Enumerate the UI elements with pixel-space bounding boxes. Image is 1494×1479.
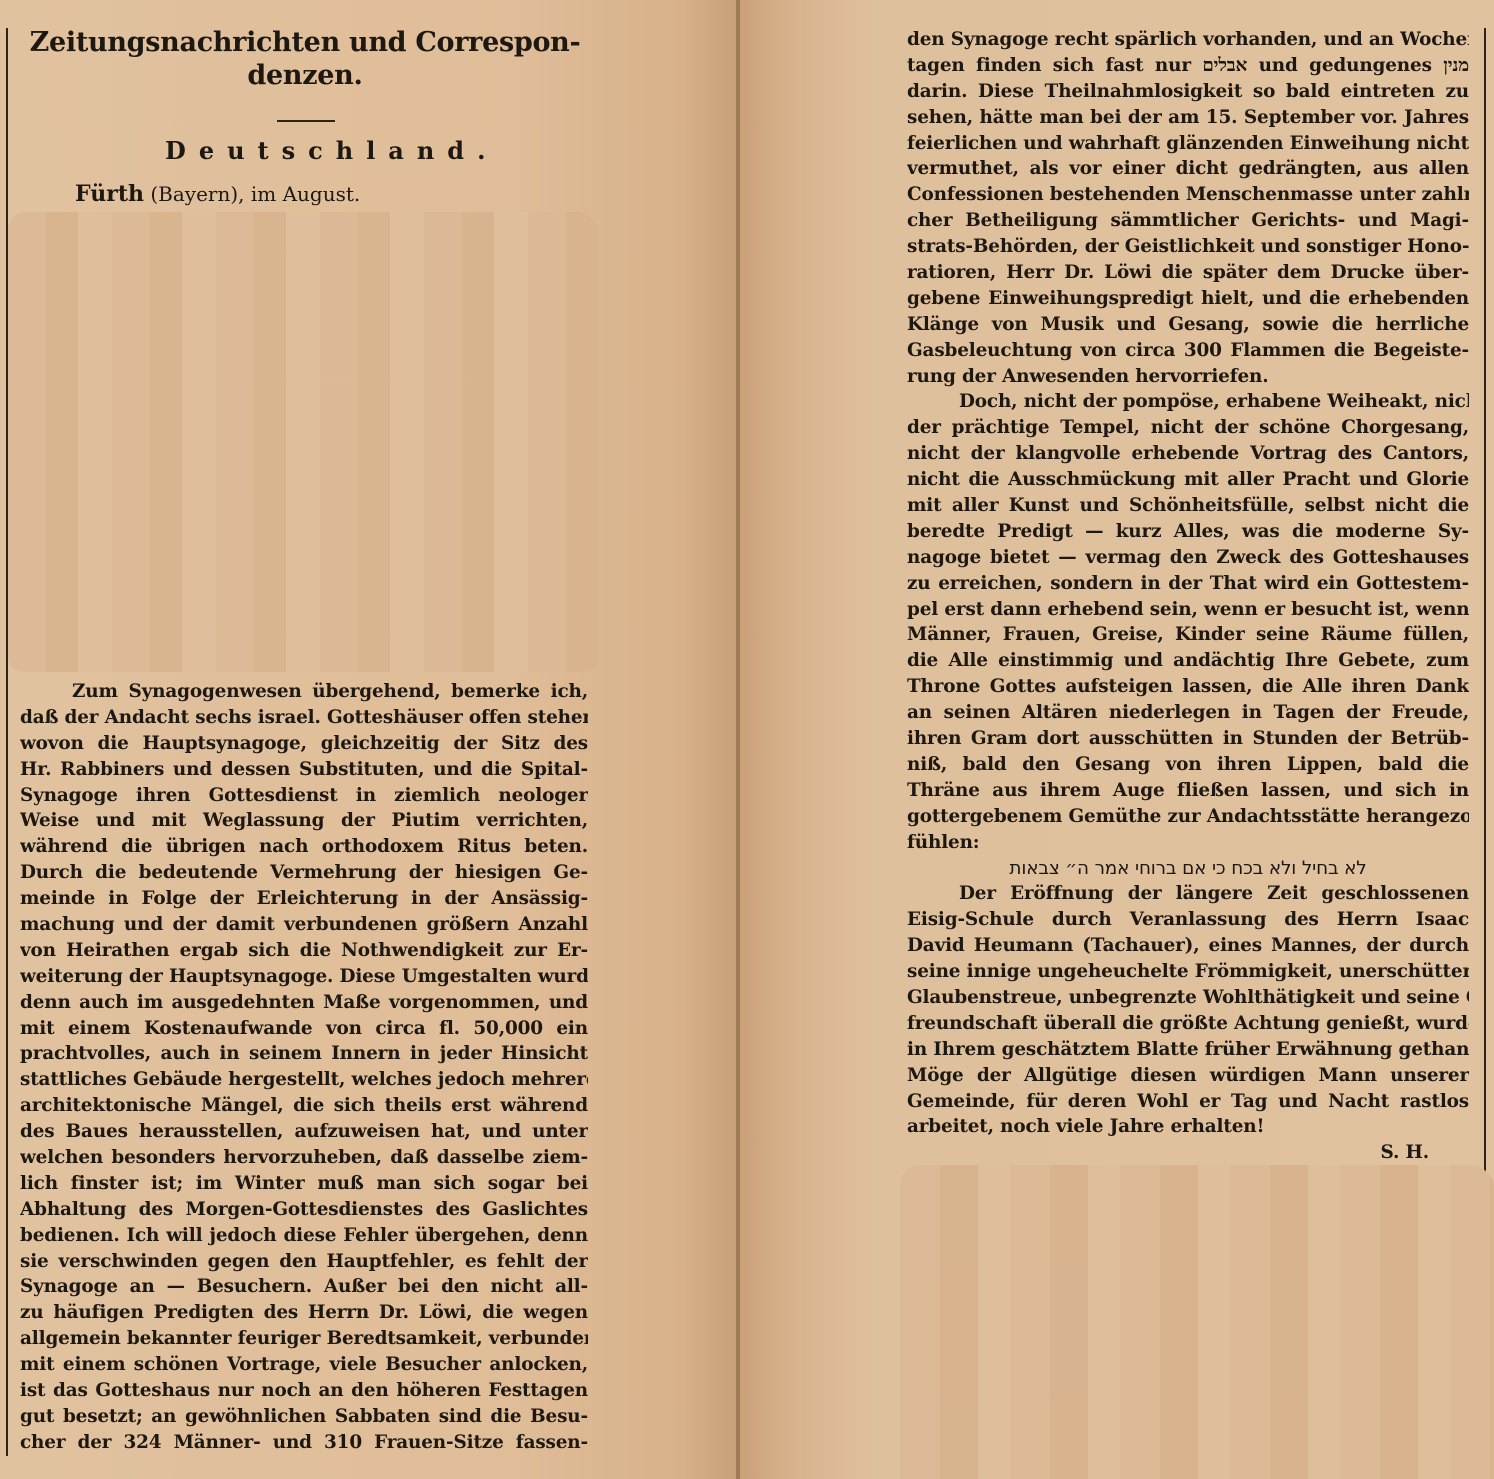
text-line: pel erst dann erhebend sein, wenn er bes…: [907, 597, 1469, 623]
text-line: vermuthet, als vor einer dicht gedrängte…: [907, 156, 1469, 182]
text-line: feierlichen und wahrhaft glänzenden Einw…: [907, 131, 1469, 157]
text-line: ihren Gram dort ausschütten in Stunden d…: [907, 726, 1469, 752]
text-line: tagen finden sich fast nur אבלים und ged…: [907, 53, 1469, 79]
section-heading: Zeitungsnachrichten und Correspon- denze…: [20, 26, 590, 92]
text-line: nagoge bietet — vermag den Zweck des Got…: [907, 545, 1469, 571]
text-line: Hr. Rabbiners und dessen Substituten, un…: [20, 757, 588, 783]
text-line: fühlen:: [907, 830, 1469, 856]
text-line: des Baues herausstellen, aufzuweisen hat…: [20, 1119, 588, 1145]
book-gutter: [736, 0, 740, 1479]
text-line: in Ihrem geschätztem Blatte früher Erwäh…: [907, 1037, 1469, 1063]
right-article-body: den Synagoge recht spärlich vorhanden, u…: [907, 27, 1469, 1166]
text-line: strats-Behörden, der Geistlichkeit und s…: [907, 234, 1469, 260]
text-line: sie verschwinden gegen den Hauptfehler, …: [20, 1249, 588, 1275]
text-line: von Heirathen ergab sich die Nothwendigk…: [20, 938, 588, 964]
text-line: Gasbeleuchtung von circa 300 Flammen die…: [907, 338, 1469, 364]
text-line: ist das Gotteshaus nur noch an den höher…: [20, 1378, 588, 1404]
text-line: Männer, Frauen, Greise, Kinder seine Räu…: [907, 622, 1469, 648]
text-line: prachtvolles, auch in seinem Innern in j…: [20, 1041, 588, 1067]
text-line: der prächtige Tempel, nicht der schöne C…: [907, 415, 1469, 441]
text-line: Synagoge ihren Gottesdienst in ziemlich …: [20, 783, 588, 809]
text-line: Durch die bedeutende Vermehrung der hies…: [20, 860, 588, 886]
dateline: Fürth (Bayern), im August.: [75, 181, 360, 207]
text-line: meinde in Folge der Erleichterung in der…: [20, 886, 588, 912]
text-line: arbeitet, noch viele Jahre erhalten!: [907, 1114, 1469, 1140]
text-line: cher Betheiligung sämmtlicher Gerichts- …: [907, 208, 1469, 234]
text-line: Der Eröffnung der längere Zeit geschloss…: [907, 881, 1469, 907]
text-line: denn auch im ausgedehnten Maße vorgenomm…: [20, 990, 588, 1016]
text-line: lich finster ist; im Winter muß man sich…: [20, 1171, 588, 1197]
left-article-body: Zum Synagogenwesen übergehend, bemerke i…: [20, 679, 588, 1456]
text-line: gebene Einweihungspredigt hielt, und die…: [907, 286, 1469, 312]
blank-paper-region-left: [8, 212, 598, 672]
text-line: rung der Anwesenden hervorriefen.: [907, 364, 1469, 390]
dateline-rest: (Bayern), im August.: [150, 182, 360, 206]
text-line: weiterung der Hauptsynagoge. Diese Umges…: [20, 964, 588, 990]
text-line: wovon die Hauptsynagoge, gleichzeitig de…: [20, 731, 588, 757]
text-line: Confessionen bestehenden Menschenmasse u…: [907, 182, 1469, 208]
text-line: welchen besonders hervorzuheben, daß das…: [20, 1145, 588, 1171]
text-line: Eisig-Schule durch Veranlassung des Herr…: [907, 907, 1469, 933]
text-line: gut besetzt; an gewöhnlichen Sabbaten si…: [20, 1404, 588, 1430]
text-line: mit einem schönen Vortrage, viele Besuch…: [20, 1352, 588, 1378]
section-heading-line-1: Zeitungsnachrichten und Correspon-: [20, 26, 590, 59]
text-line: architektonische Mängel, die sich theils…: [20, 1093, 588, 1119]
text-line: den Synagoge recht spärlich vorhanden, u…: [907, 27, 1469, 53]
text-line: während die übrigen nach orthodoxem Ritu…: [20, 834, 588, 860]
section-heading-line-2: denzen.: [20, 59, 590, 92]
text-line: gottergebenem Gemüthe zur Andachtsstätte…: [907, 804, 1469, 830]
heading-divider: [277, 120, 335, 122]
text-line: ratioren, Herr Dr. Löwi die später dem D…: [907, 260, 1469, 286]
text-line: beredte Predigt — kurz Alles, was die mo…: [907, 519, 1469, 545]
text-line: David Heumann (Tachauer), eines Mannes, …: [907, 933, 1469, 959]
text-line: cher der 324 Männer- und 310 Frauen-Sitz…: [20, 1430, 588, 1456]
text-line: nicht der klangvolle erhebende Vortrag d…: [907, 441, 1469, 467]
text-line: Throne Gottes aufsteigen lassen, die All…: [907, 674, 1469, 700]
text-line: an seinen Altären niederlegen in Tagen d…: [907, 700, 1469, 726]
country-heading: Deutschland.: [165, 136, 465, 165]
text-line: לא בחיל ולא בכח כי אם ברוחי אמר ה״ צבאות: [907, 856, 1469, 882]
text-line: Synagoge an — Besuchern. Außer bei den n…: [20, 1274, 588, 1300]
text-line: Thräne aus ihrem Auge fließen lassen, un…: [907, 778, 1469, 804]
text-line: die Alle einstimmig und andächtig Ihre G…: [907, 648, 1469, 674]
author-signature: S. H.: [907, 1140, 1469, 1166]
text-line: Abhaltung des Morgen-Gottesdienstes des …: [20, 1197, 588, 1223]
book-spread: Zeitungsnachrichten und Correspon- denze…: [0, 0, 1494, 1479]
text-line: Klänge von Musik und Gesang, sowie die h…: [907, 312, 1469, 338]
text-line: Möge der Allgütige diesen würdigen Mann …: [907, 1063, 1469, 1089]
text-line: niß, bald den Gesang von ihren Lippen, b…: [907, 752, 1469, 778]
text-line: bedienen. Ich will jedoch diese Fehler ü…: [20, 1223, 588, 1249]
text-line: mit einem Kostenaufwande von circa fl. 5…: [20, 1016, 588, 1042]
text-line: nicht die Ausschmückung mit aller Pracht…: [907, 467, 1469, 493]
right-column-rule: [1484, 28, 1486, 1173]
text-line: seine innige ungeheuchelte Frömmigkeit, …: [907, 959, 1469, 985]
text-line: mit aller Kunst und Schönheitsfülle, sel…: [907, 493, 1469, 519]
text-line: stattliches Gebäude hergestellt, welches…: [20, 1067, 588, 1093]
dateline-place: Fürth: [75, 181, 144, 207]
text-line: Weise und mit Weglassung der Piutim verr…: [20, 808, 588, 834]
text-line: daß der Andacht sechs israel. Gotteshäus…: [20, 705, 588, 731]
blank-paper-region-right: [900, 1165, 1494, 1479]
text-line: Glaubenstreue, unbegrenzte Wohlthätigkei…: [907, 985, 1469, 1011]
text-line: freundschaft überall die größte Achtung …: [907, 1011, 1469, 1037]
text-line: Zum Synagogenwesen übergehend, bemerke i…: [20, 679, 588, 705]
text-line: Gemeinde, für deren Wohl er Tag und Nach…: [907, 1089, 1469, 1115]
text-line: machung und der damit verbundenen größer…: [20, 912, 588, 938]
text-line: sehen, hätte man bei der am 15. Septembe…: [907, 105, 1469, 131]
text-line: allgemein bekannter feuriger Beredtsamke…: [20, 1326, 588, 1352]
text-line: zu häufigen Predigten des Herrn Dr. Löwi…: [20, 1300, 588, 1326]
text-line: Doch, nicht der pompöse, erhabene Weihea…: [907, 389, 1469, 415]
text-line: zu erreichen, sondern in der That wird e…: [907, 571, 1469, 597]
text-line: darin. Diese Theilnahmlosigkeit so bald …: [907, 79, 1469, 105]
